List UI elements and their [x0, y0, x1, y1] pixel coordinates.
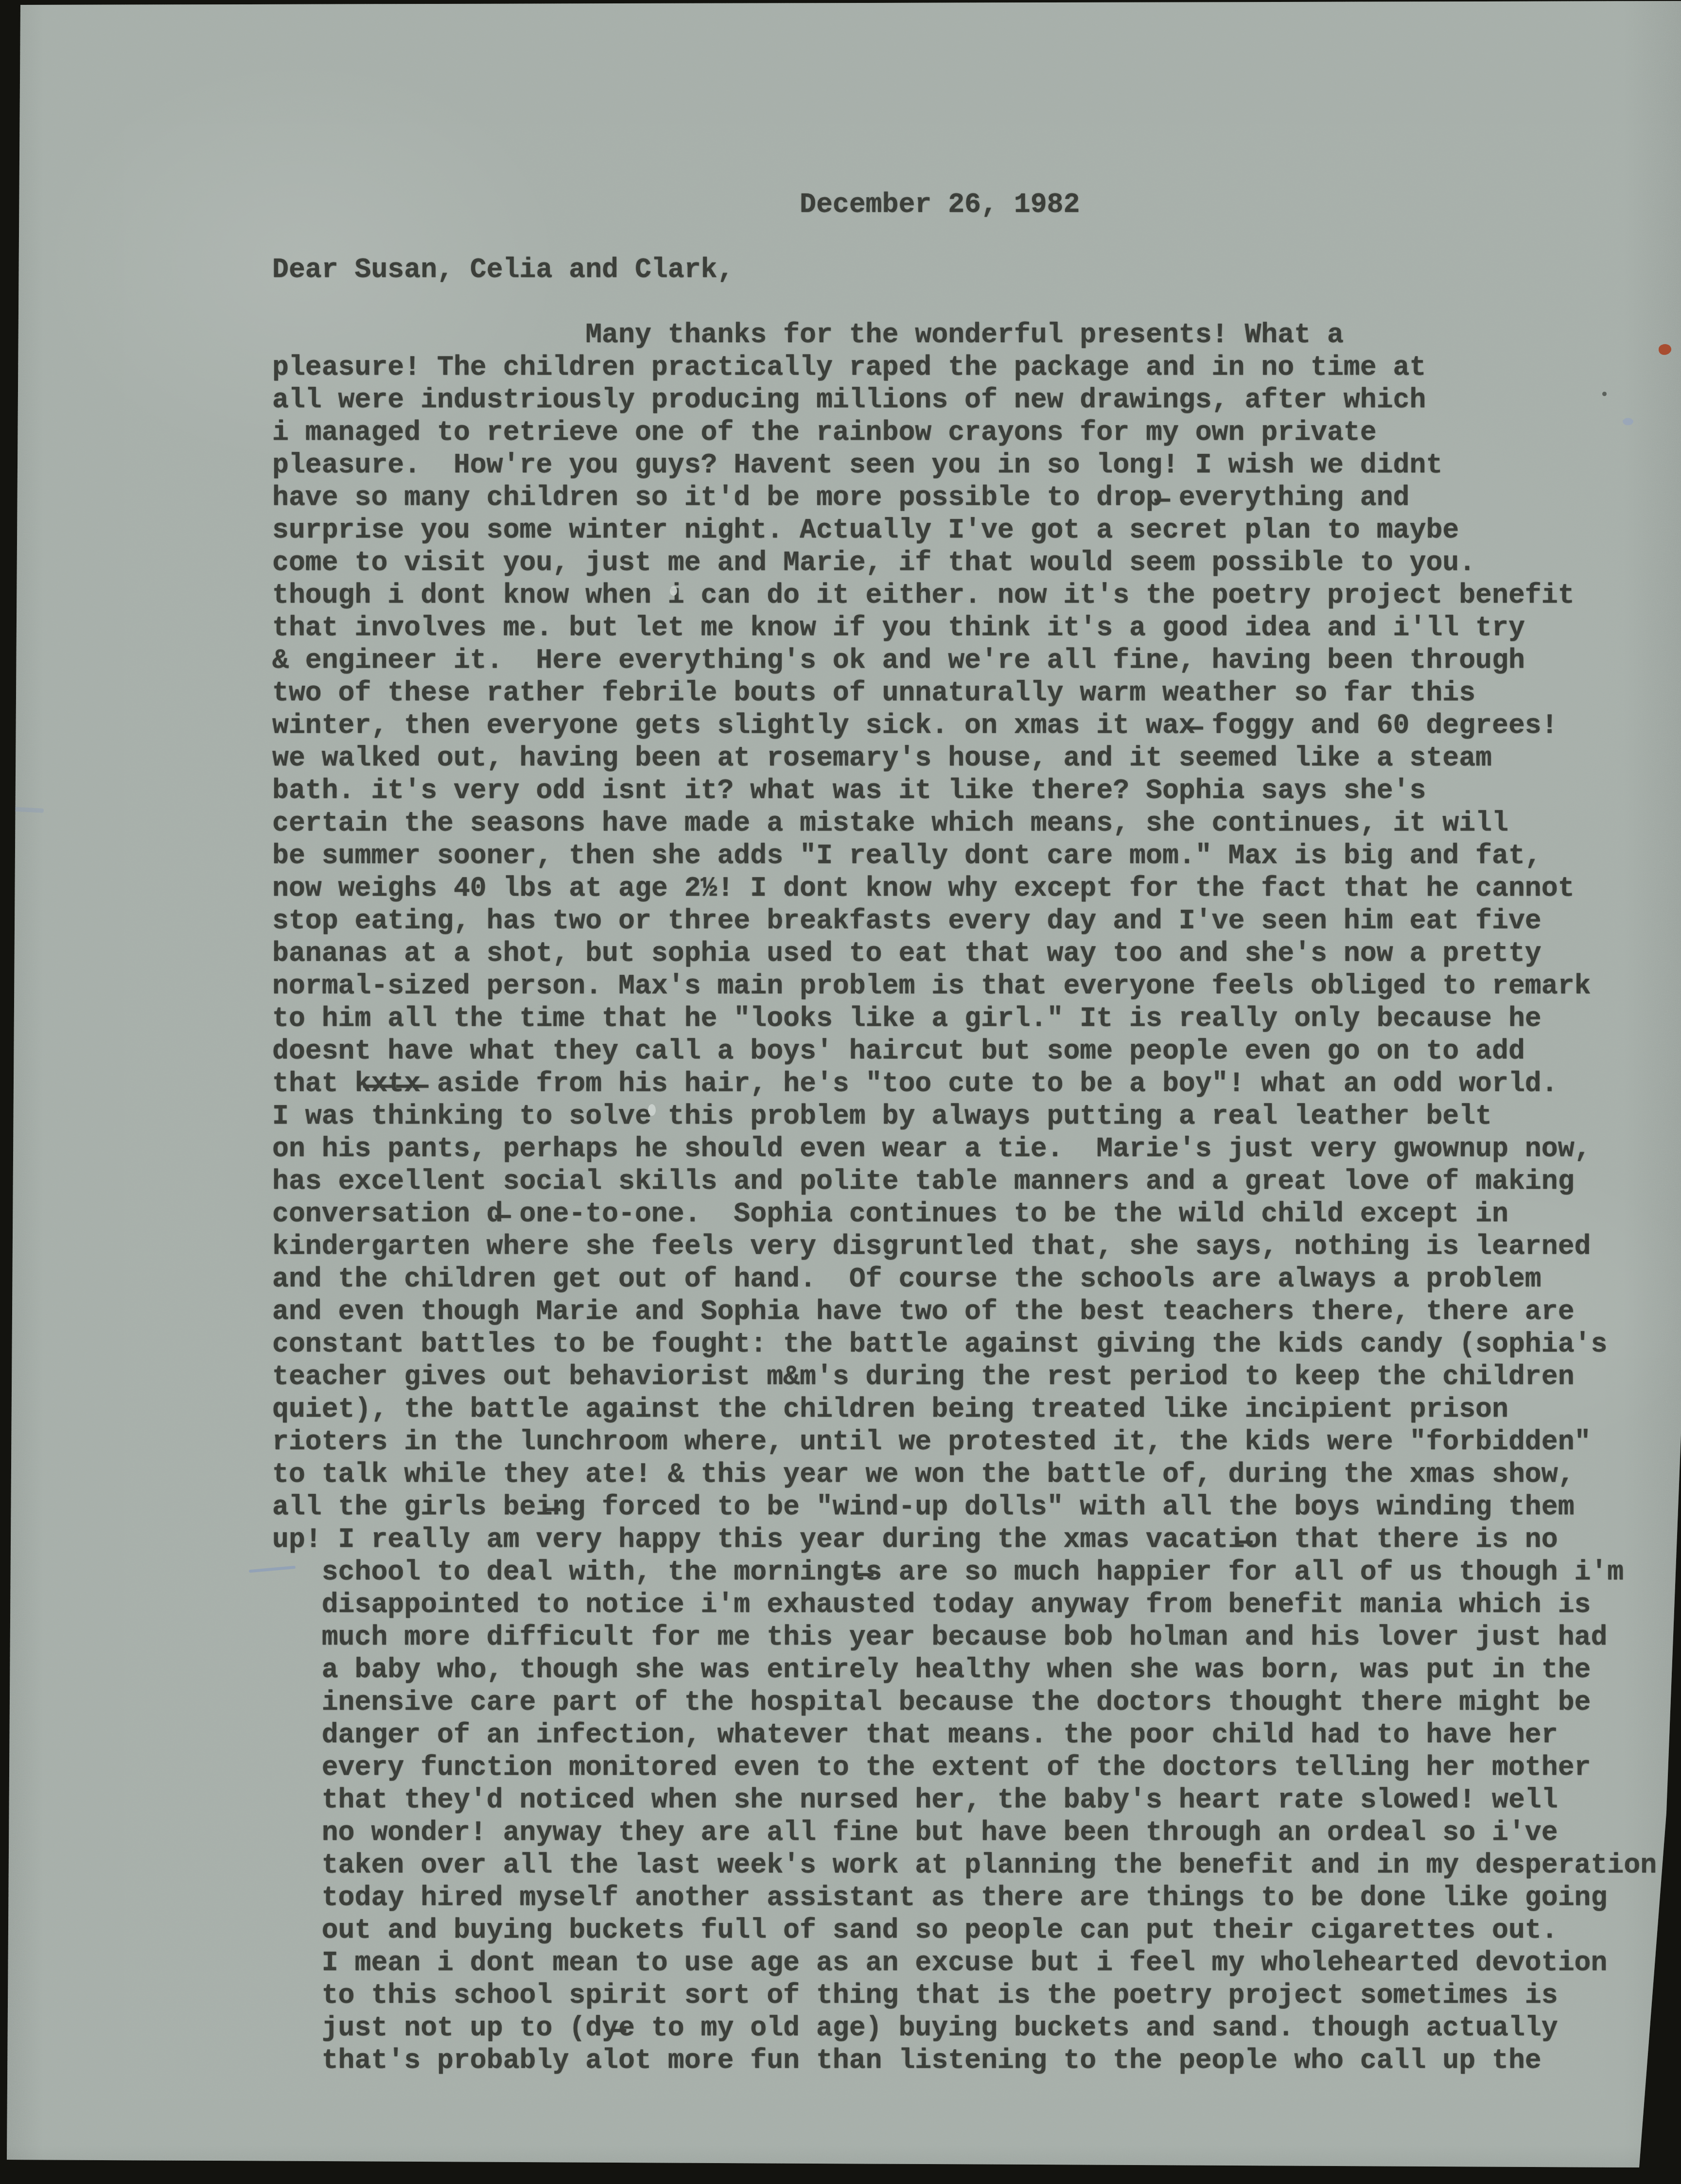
dark-speck — [1602, 392, 1607, 396]
letter-date: December 26, 1982 — [272, 189, 1681, 221]
letter-salutation: Dear Susan, Celia and Clark, — [272, 254, 1681, 286]
letter-page: December 26, 1982 Dear Susan, Celia and … — [0, 0, 1681, 2184]
scanned-letter: December 26, 1982 Dear Susan, Celia and … — [0, 0, 1681, 2184]
letter-body: Many thanks for the wonderful presents! … — [272, 319, 1681, 2077]
blue-ink-fleck — [1623, 418, 1633, 425]
paper-fiber-glint — [648, 1104, 656, 1116]
paper-fiber-glint — [670, 586, 677, 596]
letter-text: December 26, 1982 Dear Susan, Celia and … — [272, 189, 1681, 2077]
